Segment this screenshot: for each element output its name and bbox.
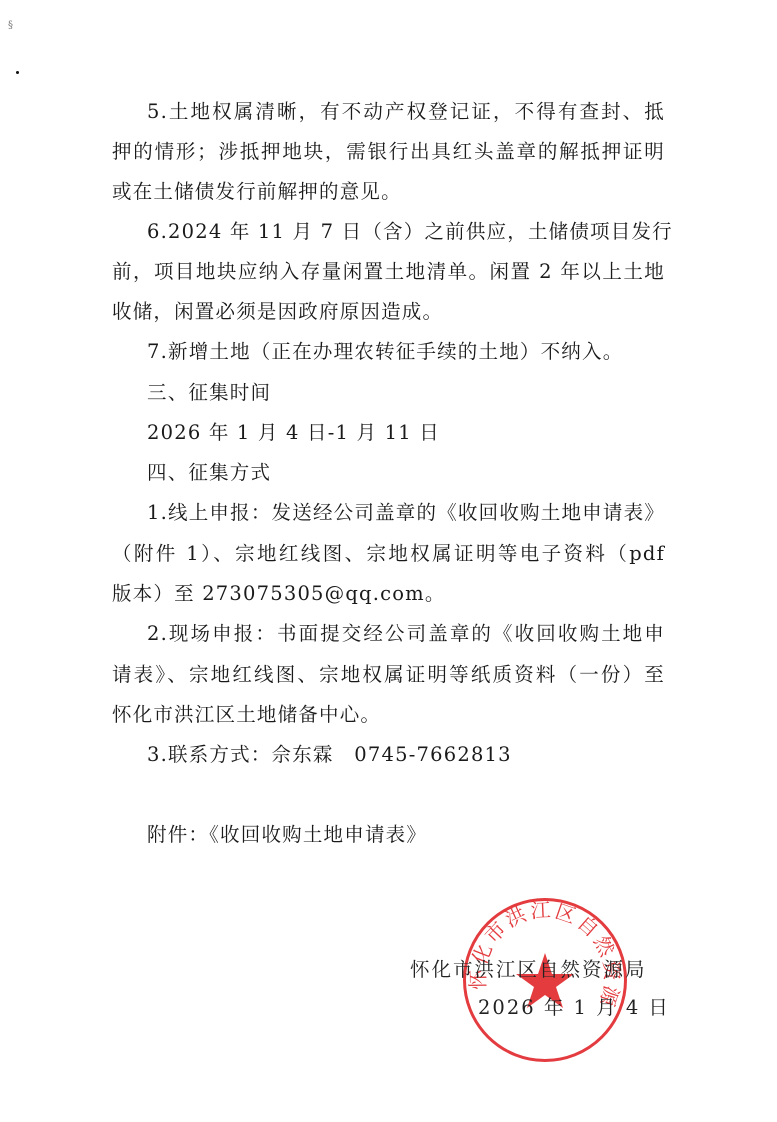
method2-line1: 2.现场申报：书面提交经公司盖章的《收回收购土地申 [147,622,665,646]
item6-line1: 6.2024 年 11 月 7 日（含）之前供应，土储债项目发行 [147,220,665,244]
item6-line3: 收储，闲置必须是因政府原因造成。 [112,300,443,324]
scan-dot [16,71,19,74]
section4-heading: 四、征集方式 [147,461,271,485]
method2-line3: 怀化市洪江区土地储备中心。 [112,703,381,727]
item6-line2: 前，项目地块应纳入存量闲置土地清单。闲置 2 年以上土地 [112,260,665,284]
method1-line2: （附件 1）、宗地红线图、宗地权属证明等电子资料（pdf [112,542,665,566]
item5-line3: 或在土储债发行前解押的意见。 [112,180,402,204]
method2-line2: 请表》、宗地红线图、宗地权属证明等纸质资料（一份）至 [112,663,665,687]
issue-date: 2026 年 1 月 4 日 [478,996,670,1020]
issuing-organization: 怀化市洪江区自然资源局 [410,958,647,982]
scan-artifact: § [8,20,13,31]
attachment-line: 附件：《收回收购土地申请表》 [147,823,427,847]
item5-line2: 押的情形；涉抵押地块，需银行出具红头盖章的解抵押证明 [112,140,665,164]
contact-line: 3.联系方式：佘东霖 0745-7662813 [147,743,512,767]
item7-line1: 7.新增土地（正在办理农转征手续的土地）不纳入。 [147,340,623,364]
section3-heading: 三、征集时间 [147,381,271,405]
section3-body: 2026 年 1 月 4 日-1 月 11 日 [147,421,440,445]
method1-line1: 1.线上申报：发送经公司盖章的《收回收购土地申请表》 [147,501,665,525]
item5-line1: 5.土地权属清晰，有不动产权登记证，不得有查封、抵 [147,100,665,124]
document-page: § 5.土地权属清晰，有不动产权登记证，不得有查封、抵 押的情形；涉抵押地块，需… [0,0,777,1122]
method1-line3: 版本）至 273075305@qq.com。 [112,582,446,606]
